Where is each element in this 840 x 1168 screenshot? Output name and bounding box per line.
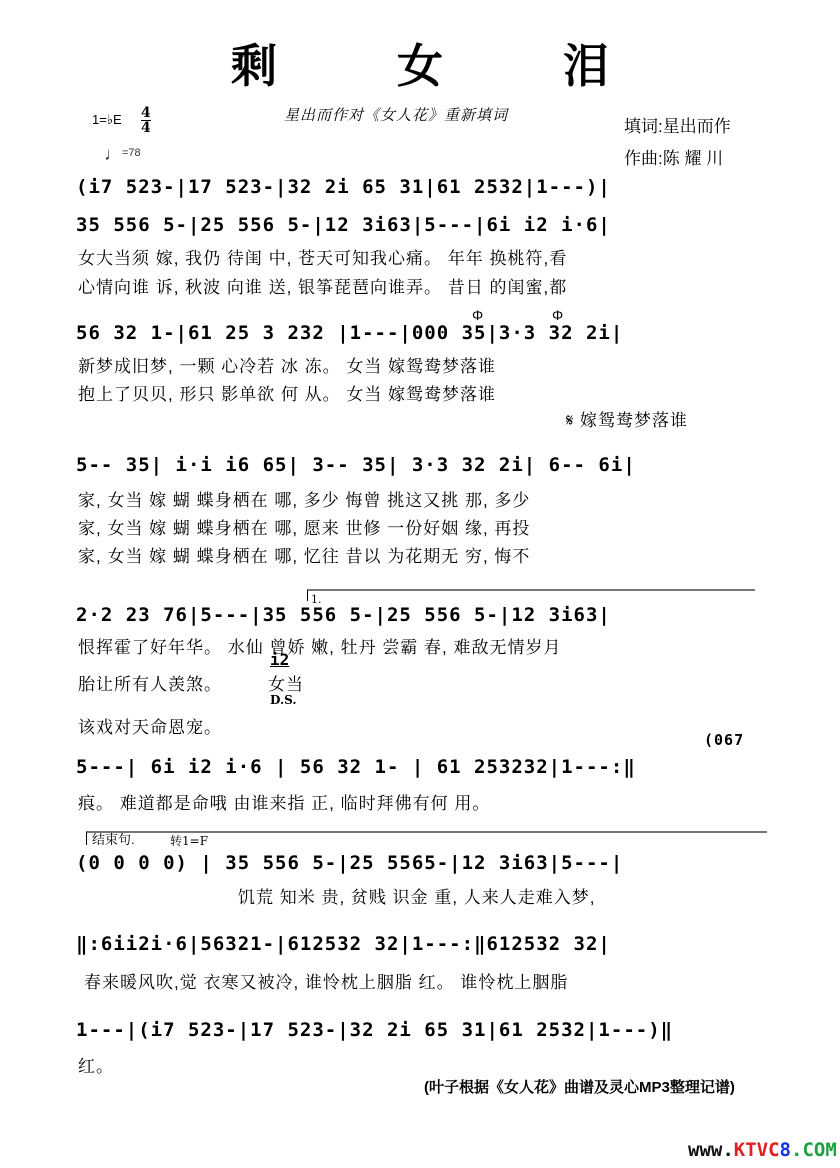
tempo-marking: ♩=78	[104, 144, 141, 165]
notation-row-6: (0 0 0 0) | 35 556 5-|25 5565-|12 3i63|5…	[76, 852, 623, 874]
quarter-note-icon: ♩	[104, 144, 122, 164]
lyric-row-6: 饥荒 知米 贵, 贫贱 识金 重, 人来人走难入梦,	[238, 883, 596, 908]
dal-segno-mark: D.S.	[270, 693, 297, 707]
notation-row-8: 1---|(i7 523-|17 523-|32 2i 65 31|61 253…	[76, 1019, 673, 1041]
lyric-row-2-segno: 𝄋 嫁鸳鸯梦落谁	[566, 406, 688, 431]
watermark-www: www.	[688, 1139, 734, 1161]
watermark-c: C	[768, 1139, 779, 1161]
tempo-value: =78	[122, 147, 141, 159]
pickup-right: (067	[704, 731, 744, 749]
lyric-row-1-verse-1: 女大当须 嫁, 我仍 待闺 中, 苍天可知我心痛。 年年 换桃符,看	[78, 244, 567, 269]
notation-row-intro: (i7 523-|17 523-|32 2i 65 31|61 2532|1--…	[76, 176, 611, 198]
transcription-note: (叶子根据《女人花》曲谱及灵心MP3整理记谱)	[424, 1076, 735, 1097]
coda-icon: Φ	[552, 307, 563, 323]
composer-credit: 作曲:陈 耀 川	[624, 144, 723, 169]
lyric-row-5: 痕。 难道都是命哦 由谁来指 正, 临时拜佛有何 用。	[78, 789, 490, 814]
lyric-row-1-verse-2: 心情向谁 诉, 秋波 向谁 送, 银筝琵琶向谁弄。 昔日 的闺蜜,都	[78, 273, 567, 298]
notation-row-2: 56 32 1-|61 25 3 232 |1---|000 35|3·3 32…	[76, 322, 623, 344]
lyric-row-3-verse-3: 家, 女当 嫁 蝴 蝶身栖在 哪, 忆往 昔以 为花期无 穷, 悔不	[78, 542, 530, 567]
key-signature: 1=♭E	[92, 112, 122, 128]
notation-row-4: 2·2 23 76|5---|35 556 5-|25 556 5-|12 3i…	[76, 604, 611, 626]
lyric-row-4-verse-3: 该戏对天命恩宠。	[78, 713, 222, 738]
notation-row-7: ‖:6ii2i·6|56321-|612532 32|1---:‖612532 …	[76, 933, 611, 955]
subtitle: 星出而作对《女人花》重新填词	[284, 104, 508, 125]
pickup-lyric: 女当	[268, 670, 304, 695]
notation-row-3: 5-- 35| i·i i6 65| 3-- 35| 3·3 32 2i| 6-…	[76, 454, 636, 476]
lyric-row-2-verse-2: 抱上了贝贝, 形只 影单欲 何 从。 女当 嫁鸳鸯梦落谁	[78, 380, 496, 405]
watermark-ktv: KTV	[734, 1139, 768, 1161]
modulation-label: 转1=F	[170, 832, 208, 849]
lyric-row-7: 春来暖风吹,觉 衣寒又被冷, 谁怜枕上胭脂 红。 谁怜枕上胭脂	[84, 968, 568, 993]
lyric-row-2-verse-1: 新梦成旧梦, 一颗 心冷若 冰 冻。 女当 嫁鸳鸯梦落谁	[78, 352, 496, 377]
pickup-notes: i2	[270, 650, 289, 669]
watermark-8: 8	[780, 1139, 791, 1161]
lyric-row-4-verse-2: 胎让所有人羡煞。	[78, 670, 222, 695]
time-signature-bottom: 4	[141, 121, 151, 135]
ending-label: 结束句.	[92, 829, 135, 848]
song-title: 剩 女 泪	[0, 30, 840, 96]
lyric-row-8: 红。	[78, 1052, 114, 1077]
time-signature-top: 4	[141, 106, 151, 121]
notation-row-1: 35 556 5-|25 556 5-|12 3i63|5---|6i i2 i…	[76, 214, 611, 236]
lyric-row-4-verse-1: 恨挥霍了好年华。 水仙 曾娇 嫩, 牡丹 尝霸 春, 难敌无情岁月	[78, 633, 562, 658]
lyric-row-3-verse-1: 家, 女当 嫁 蝴 蝶身栖在 哪, 多少 悔曾 挑这又挑 那, 多少	[78, 486, 530, 511]
coda-icon: Φ	[472, 307, 483, 323]
watermark-com: .COM	[791, 1139, 837, 1161]
lyricist-credit: 填词:星出而作	[624, 112, 731, 137]
lyric-row-3-verse-2: 家, 女当 嫁 蝴 蝶身栖在 哪, 愿来 世修 一份好姻 缘, 再投	[78, 514, 530, 539]
time-signature: 4 4	[141, 106, 151, 135]
volta-bracket: 1.	[307, 589, 755, 601]
notation-row-5: 5---| 6i i2 i·6 | 56 32 1- | 61 253232|1…	[76, 756, 636, 778]
watermark: www.KTVC8.COM	[688, 1139, 837, 1161]
